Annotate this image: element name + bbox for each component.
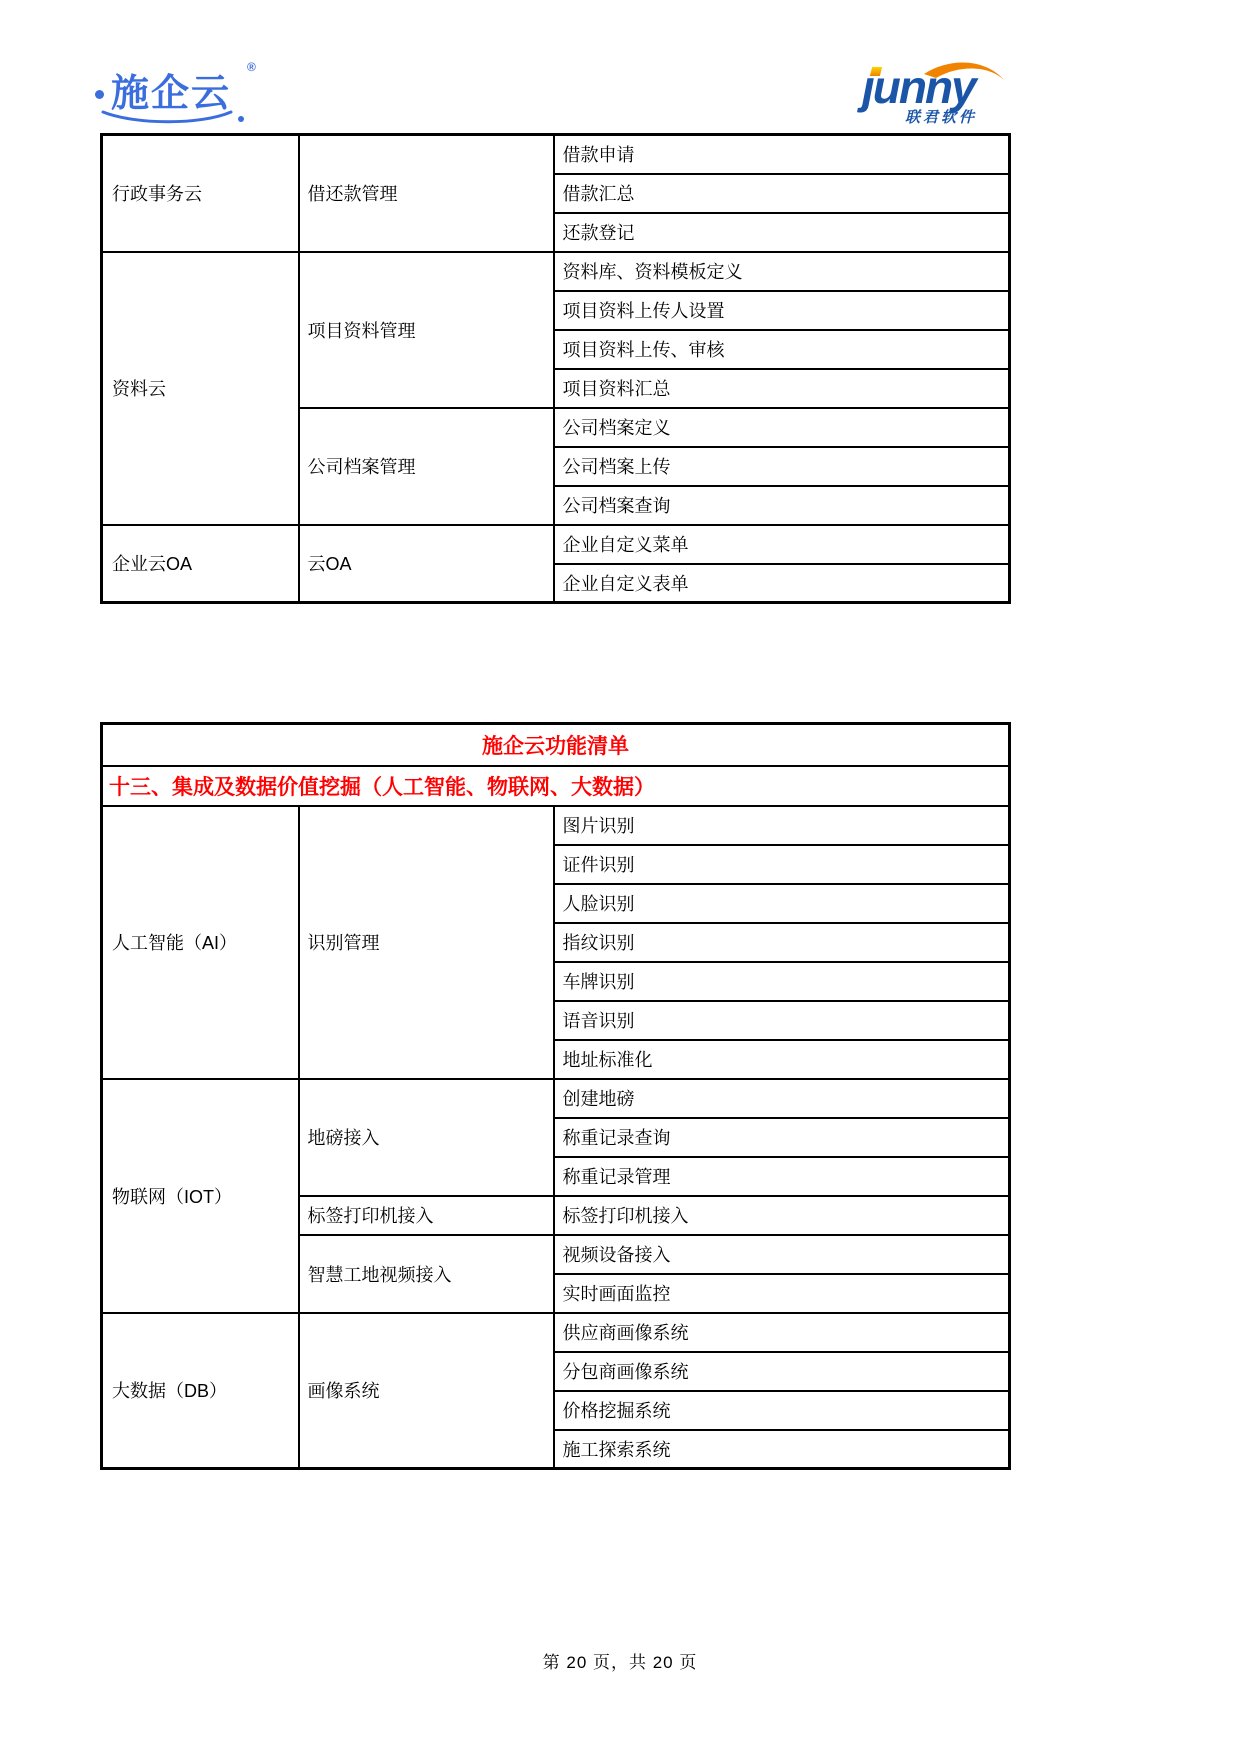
table-row: 人工智能（AI）识别管理图片识别 [102, 806, 1010, 845]
item-cell: 公司档案查询 [554, 486, 1010, 525]
item-cell: 指纹识别 [554, 923, 1010, 962]
module-cell: 画像系统 [299, 1313, 554, 1469]
item-cell: 还款登记 [554, 213, 1010, 252]
page-number: 第 20 页，共 20 页 [0, 1648, 1240, 1673]
category-cell: 物联网（IOT） [102, 1079, 299, 1313]
item-cell: 标签打印机接入 [554, 1196, 1010, 1235]
table-row: 大数据（DB）画像系统供应商画像系统 [102, 1313, 1010, 1352]
item-cell: 公司档案定义 [554, 408, 1010, 447]
item-cell: 项目资料上传人设置 [554, 291, 1010, 330]
item-cell: 供应商画像系统 [554, 1313, 1010, 1352]
item-cell: 企业自定义菜单 [554, 525, 1010, 564]
module-cell: 云OA [299, 525, 554, 603]
logo-dot-icon [95, 90, 104, 99]
item-cell: 分包商画像系统 [554, 1352, 1010, 1391]
module-cell: 标签打印机接入 [299, 1196, 554, 1235]
logo-swoosh-icon [101, 108, 251, 128]
table-title-row: 施企云功能清单 [102, 724, 1010, 766]
category-cell: 大数据（DB） [102, 1313, 299, 1469]
item-cell: 车牌识别 [554, 962, 1010, 1001]
module-cell: 识别管理 [299, 806, 554, 1079]
table-row: 资料云项目资料管理资料库、资料模板定义 [102, 252, 1010, 291]
category-cell: 资料云 [102, 252, 299, 525]
document-page: 施企云 ® ȷunny 联君软件 行政事务云借还款管理借款申请借款汇总还款登记资… [0, 0, 1240, 1754]
table-section-heading: 十三、集成及数据价值挖掘（人工智能、物联网、大数据） [102, 766, 1010, 806]
item-cell: 创建地磅 [554, 1079, 1010, 1118]
item-cell: 施工探索系统 [554, 1430, 1010, 1469]
item-cell: 企业自定义表单 [554, 564, 1010, 603]
module-cell: 公司档案管理 [299, 408, 554, 525]
item-cell: 借款申请 [554, 135, 1010, 174]
item-cell: 称重记录管理 [554, 1157, 1010, 1196]
table-title: 施企云功能清单 [102, 724, 1010, 766]
table-row: 企业云OA云OA企业自定义菜单 [102, 525, 1010, 564]
item-cell: 实时画面监控 [554, 1274, 1010, 1313]
item-cell: 公司档案上传 [554, 447, 1010, 486]
item-cell: 称重记录查询 [554, 1118, 1010, 1157]
item-cell: 图片识别 [554, 806, 1010, 845]
module-cell: 地磅接入 [299, 1079, 554, 1196]
category-cell: 企业云OA [102, 525, 299, 603]
item-cell: 资料库、资料模板定义 [554, 252, 1010, 291]
shiqiyun-logo: 施企云 ® [95, 60, 275, 130]
junny-subtitle: 联君软件 [905, 106, 977, 127]
item-cell: 人脸识别 [554, 884, 1010, 923]
module-cell: 借还款管理 [299, 135, 554, 252]
table-row: 行政事务云借还款管理借款申请 [102, 135, 1010, 174]
table-row: 物联网（IOT）地磅接入创建地磅 [102, 1079, 1010, 1118]
table-section-row: 十三、集成及数据价值挖掘（人工智能、物联网、大数据） [102, 766, 1010, 806]
category-cell: 行政事务云 [102, 135, 299, 252]
function-table-upper: 行政事务云借还款管理借款申请借款汇总还款登记资料云项目资料管理资料库、资料模板定… [100, 133, 1011, 604]
registered-mark: ® [247, 60, 256, 74]
item-cell: 证件识别 [554, 845, 1010, 884]
item-cell: 地址标准化 [554, 1040, 1010, 1079]
category-cell: 人工智能（AI） [102, 806, 299, 1079]
module-cell: 智慧工地视频接入 [299, 1235, 554, 1313]
function-table-lower: 施企云功能清单十三、集成及数据价值挖掘（人工智能、物联网、大数据）人工智能（AI… [100, 722, 1011, 1470]
item-cell: 项目资料汇总 [554, 369, 1010, 408]
item-cell: 视频设备接入 [554, 1235, 1010, 1274]
module-cell: 项目资料管理 [299, 252, 554, 408]
item-cell: 价格挖掘系统 [554, 1391, 1010, 1430]
item-cell: 借款汇总 [554, 174, 1010, 213]
item-cell: 项目资料上传、审核 [554, 330, 1010, 369]
junny-logo: ȷunny 联君软件 [862, 58, 1012, 130]
item-cell: 语音识别 [554, 1001, 1010, 1040]
